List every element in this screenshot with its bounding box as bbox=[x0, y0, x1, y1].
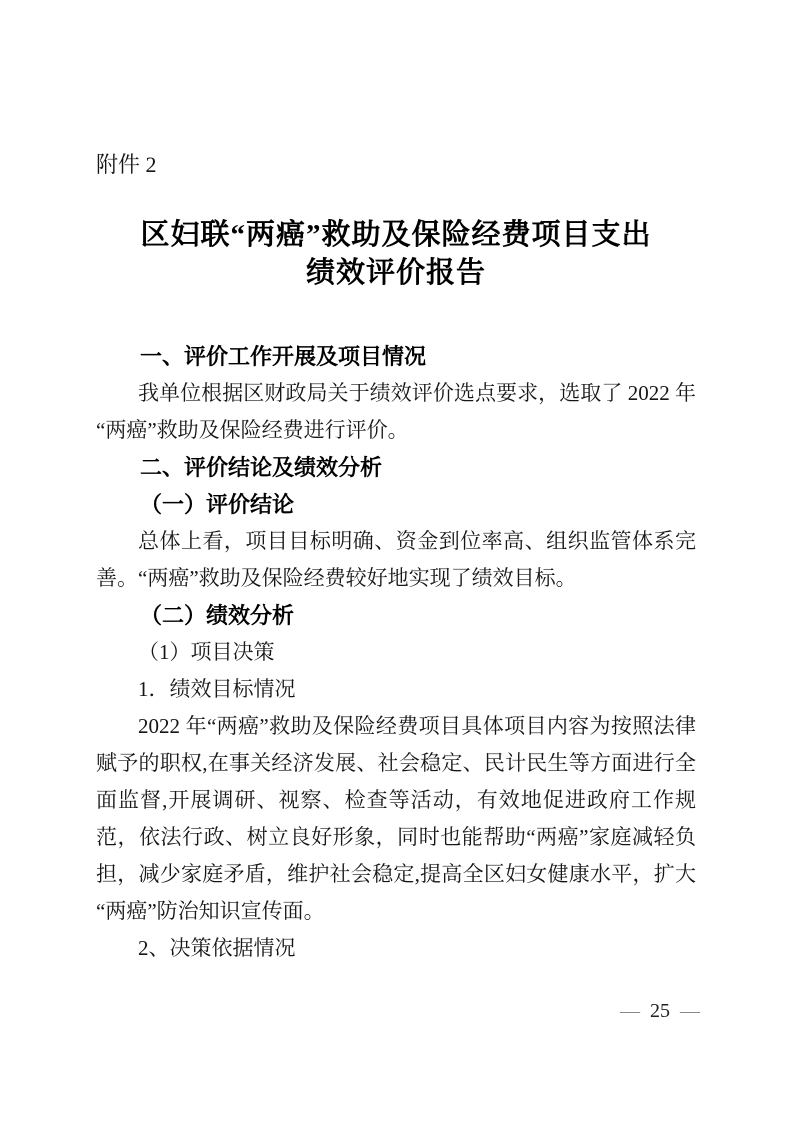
item-project-decision: （1）项目决策 bbox=[96, 634, 696, 671]
paragraph-evaluation-scope: 我单位根据区财政局关于绩效评价选点要求，选取了 2022 年“两癌”救助及保险经… bbox=[96, 375, 696, 449]
sub-heading-conclusion: （一）评价结论 bbox=[96, 486, 696, 523]
item-decision-basis: 2、决策依据情况 bbox=[96, 930, 696, 967]
paragraph-conclusion: 总体上看，项目目标明确、资金到位率高、组织监管体系完善。“两癌”救助及保险经费较… bbox=[96, 523, 696, 597]
page-number-dash-left: — bbox=[610, 1000, 650, 1022]
document-title-line2: 绩效评价报告 bbox=[96, 254, 696, 292]
page-number-dash-right: — bbox=[670, 1000, 710, 1022]
page-number: —25— bbox=[585, 998, 735, 1024]
sub-heading-performance-analysis: （二）绩效分析 bbox=[96, 597, 696, 634]
document-content: 附件 2 区妇联“两癌”救助及保险经费项目支出 绩效评价报告 一、评价工作开展及… bbox=[96, 0, 696, 967]
document-title-line1: 区妇联“两癌”救助及保险经费项目支出 bbox=[96, 216, 696, 254]
document-title: 区妇联“两癌”救助及保险经费项目支出 绩效评价报告 bbox=[96, 216, 696, 292]
section-heading-2: 二、评价结论及绩效分析 bbox=[96, 449, 696, 486]
document-page: 附件 2 区妇联“两癌”救助及保险经费项目支出 绩效评价报告 一、评价工作开展及… bbox=[0, 0, 793, 1122]
item-performance-target: 1．绩效目标情况 bbox=[96, 671, 696, 708]
document-body: 一、评价工作开展及项目情况 我单位根据区财政局关于绩效评价选点要求，选取了 20… bbox=[96, 338, 696, 967]
page-number-value: 25 bbox=[650, 1000, 670, 1022]
paragraph-project-content: 2022 年“两癌”救助及保险经费项目具体项目内容为按照法律赋予的职权,在事关经… bbox=[96, 708, 696, 930]
attachment-label: 附件 2 bbox=[96, 150, 696, 180]
section-heading-1: 一、评价工作开展及项目情况 bbox=[96, 338, 696, 375]
